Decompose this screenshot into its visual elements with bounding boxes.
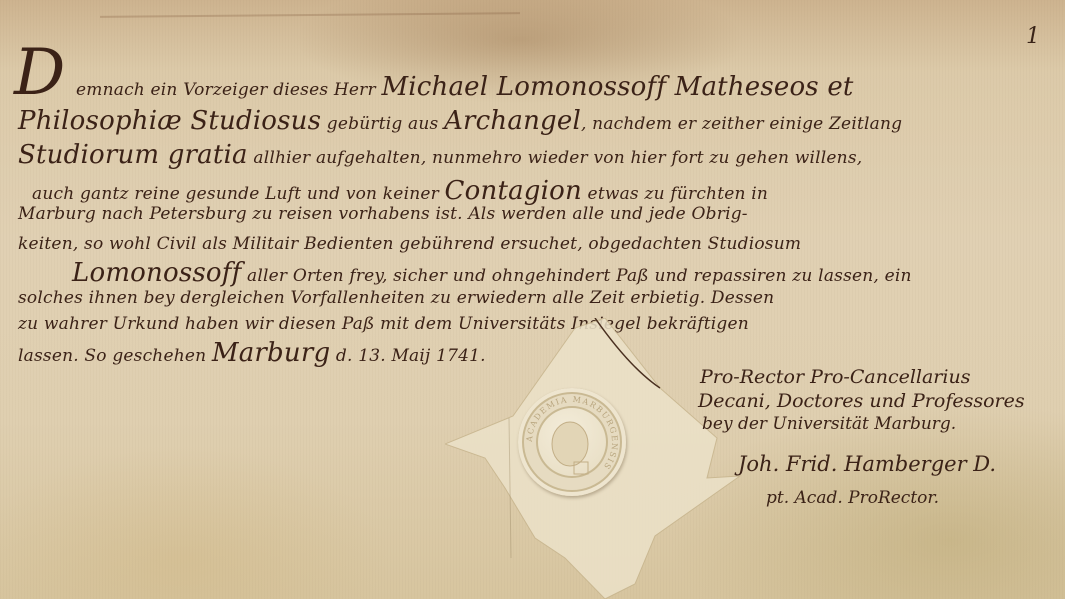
word-contagion: Contagion <box>445 176 582 206</box>
body-line-6: keiten, so wohl Civil als Militair Bedie… <box>18 234 801 254</box>
line-text: allhier aufgehalten, nunmehro wieder von… <box>248 148 863 168</box>
word-civil: Civil <box>157 234 197 254</box>
line-text: aller Orten frey, sicher und ohngehinder… <box>241 266 911 286</box>
body-line-4: auch gantz reine gesunde Luft und von ke… <box>32 176 768 206</box>
line-text: Marburg nach Petersburg zu reisen vorhab… <box>18 204 748 224</box>
line-text: Bedienten gebührend ersuchet, obgedachte… <box>299 234 708 254</box>
page-number: 1 <box>1026 24 1040 49</box>
date-text: d. 13. Maij 17 <box>330 346 458 366</box>
line-text: , nachdem er zeither einige Zeitlang <box>581 114 902 134</box>
university-seal: ACADEMIA MARBURGENSIS <box>518 388 626 496</box>
line-text: gebürtig aus <box>321 114 444 134</box>
word-studiosum: Studiosum <box>708 234 802 254</box>
line-text: solches ihnen bey dergleichen Vorfallenh… <box>18 288 774 308</box>
body-line-8: solches ihnen bey dergleichen Vorfallenh… <box>18 288 774 308</box>
closing-line-3: bey der Universität Marburg. <box>702 414 956 434</box>
line-emph: Philosophiæ Studiosus <box>18 106 321 136</box>
line-text: lassen. So geschehen <box>18 346 212 366</box>
signature-title: pt. Acad. ProRector. <box>766 488 939 508</box>
word-militair: Militair <box>233 234 299 254</box>
line-text: zu wahrer Urkund haben wir diesen Paß mi… <box>18 314 458 334</box>
line-emph: Studiorum gratia <box>18 140 248 170</box>
seal-portrait <box>552 422 588 466</box>
line-text: emnach ein Vorzeiger dieses Herr <box>76 80 376 100</box>
line-text: keiten, so wohl <box>18 234 157 254</box>
place-archangel: Archangel <box>444 106 581 136</box>
line-text: etwas zu fürchten in <box>582 184 768 204</box>
line-text: auch gantz reine gesunde Luft und von ke… <box>32 184 445 204</box>
drop-cap: D <box>14 36 65 110</box>
closing-line-1: Pro-Rector Pro-Cancellarius <box>700 366 970 388</box>
body-line-10: lassen. So geschehen Marburg d. 13. Maij… <box>18 338 486 368</box>
body-line-3: Studiorum gratia allhier aufgehalten, nu… <box>18 140 862 170</box>
body-line-2: Philosophiæ Studiosus gebürtig aus Archa… <box>18 106 902 136</box>
line-text: als <box>197 234 233 254</box>
name-lomonossoff: Lomonossoff <box>72 258 241 288</box>
body-line-5: Marburg nach Petersburg zu reisen vorhab… <box>18 204 748 224</box>
name-heading: Michael Lomonossoff Matheseos et <box>381 72 853 102</box>
seal-inscription-ring: ACADEMIA MARBURGENSIS <box>518 388 626 496</box>
body-line-1: emnach ein Vorzeiger dieses Herr Michael… <box>76 72 854 102</box>
closing-line-2: Decani, Doctores und Professores <box>698 390 1025 412</box>
place-marburg: Marburg <box>212 338 330 368</box>
body-line-7: Lomonossoff aller Orten frey, sicher und… <box>72 258 912 288</box>
signature-name: Joh. Frid. Hamberger D. <box>738 452 996 476</box>
